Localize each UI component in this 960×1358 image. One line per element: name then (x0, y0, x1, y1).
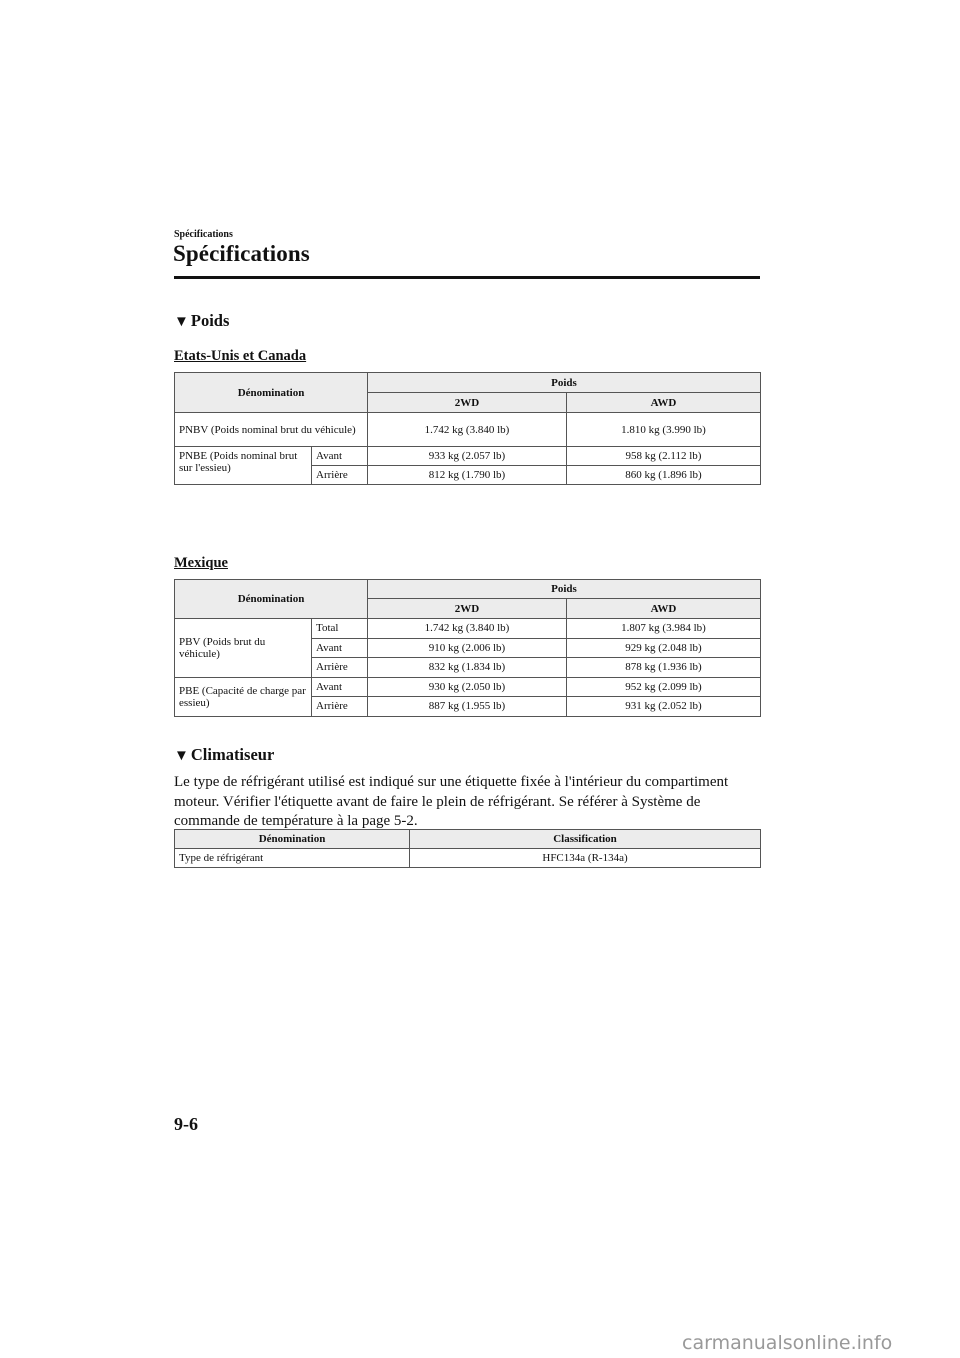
row-label: PNBV (Poids nominal brut du véhicule) (175, 413, 368, 447)
value-2wd: 1.742 kg (3.840 lb) (368, 619, 567, 639)
row-sublabel: Arrière (312, 466, 368, 485)
header-2wd: 2WD (368, 599, 567, 619)
value-2wd: 933 kg (2.057 lb) (368, 447, 567, 466)
header-classification: Classification (410, 830, 761, 849)
weights-table-usa-canada: Dénomination Poids 2WD AWD PNBV (Poids n… (174, 372, 761, 485)
page-number: 9-6 (174, 1114, 198, 1135)
value-2wd: 812 kg (1.790 lb) (368, 466, 567, 485)
section-title: Poids (191, 311, 230, 330)
header-awd: AWD (567, 393, 761, 413)
header-awd: AWD (567, 599, 761, 619)
page-title: Spécifications (173, 241, 310, 267)
triangle-down-icon: ▼ (174, 314, 189, 330)
subheading-mexique: Mexique (174, 555, 228, 572)
value-2wd: 910 kg (2.006 lb) (368, 638, 567, 658)
table-row: PNBV (Poids nominal brut du véhicule) 1.… (175, 413, 761, 447)
running-head: Spécifications (174, 229, 233, 240)
row-sublabel: Arrière (312, 658, 368, 678)
title-rule (174, 276, 760, 279)
refrigerant-paragraph: Le type de réfrigérant utilisé est indiq… (174, 773, 764, 832)
value-awd: 860 kg (1.896 lb) (567, 466, 761, 485)
table-row: PNBE (Poids nominal brut sur l'essieu) A… (175, 447, 761, 466)
header-denomination: Dénomination (175, 373, 368, 413)
section-heading-climatiseur: ▼Climatiseur (174, 745, 274, 765)
row-sublabel: Avant (312, 447, 368, 466)
table-row: PBV (Poids brut du véhicule) Total 1.742… (175, 619, 761, 639)
table-row: Type de réfrigérant HFC134a (R-134a) (175, 849, 761, 868)
refrigerant-table: Dénomination Classification Type de réfr… (174, 829, 761, 868)
row-sublabel: Avant (312, 638, 368, 658)
value-awd: 931 kg (2.052 lb) (567, 697, 761, 717)
section-title: Climatiseur (191, 745, 274, 764)
value-awd: 878 kg (1.936 lb) (567, 658, 761, 678)
row-label: Type de réfrigérant (175, 849, 410, 868)
row-label: PBV (Poids brut du véhicule) (175, 619, 312, 678)
header-poids: Poids (368, 580, 761, 599)
row-sublabel: Total (312, 619, 368, 639)
triangle-down-icon: ▼ (174, 748, 189, 764)
value-awd: 929 kg (2.048 lb) (567, 638, 761, 658)
header-denomination: Dénomination (175, 580, 368, 619)
value-awd: 958 kg (2.112 lb) (567, 447, 761, 466)
row-sublabel: Arrière (312, 697, 368, 717)
header-poids: Poids (368, 373, 761, 393)
row-label: PBE (Capacité de charge par essieu) (175, 677, 312, 716)
value-awd: 1.807 kg (3.984 lb) (567, 619, 761, 639)
table-row: PBE (Capacité de charge par essieu) Avan… (175, 677, 761, 697)
row-sublabel: Avant (312, 677, 368, 697)
header-denomination: Dénomination (175, 830, 410, 849)
subheading-usa-canada: Etats-Unis et Canada (174, 348, 306, 365)
value-awd: 952 kg (2.099 lb) (567, 677, 761, 697)
header-2wd: 2WD (368, 393, 567, 413)
row-label: PNBE (Poids nominal brut sur l'essieu) (175, 447, 312, 485)
value-2wd: 930 kg (2.050 lb) (368, 677, 567, 697)
value-awd: 1.810 kg (3.990 lb) (567, 413, 761, 447)
value-2wd: 1.742 kg (3.840 lb) (368, 413, 567, 447)
watermark: carmanualsonline.info (682, 1332, 892, 1354)
section-heading-poids: ▼Poids (174, 311, 229, 331)
weights-table-mexique: Dénomination Poids 2WD AWD PBV (Poids br… (174, 579, 761, 717)
row-value: HFC134a (R-134a) (410, 849, 761, 868)
value-2wd: 887 kg (1.955 lb) (368, 697, 567, 717)
value-2wd: 832 kg (1.834 lb) (368, 658, 567, 678)
